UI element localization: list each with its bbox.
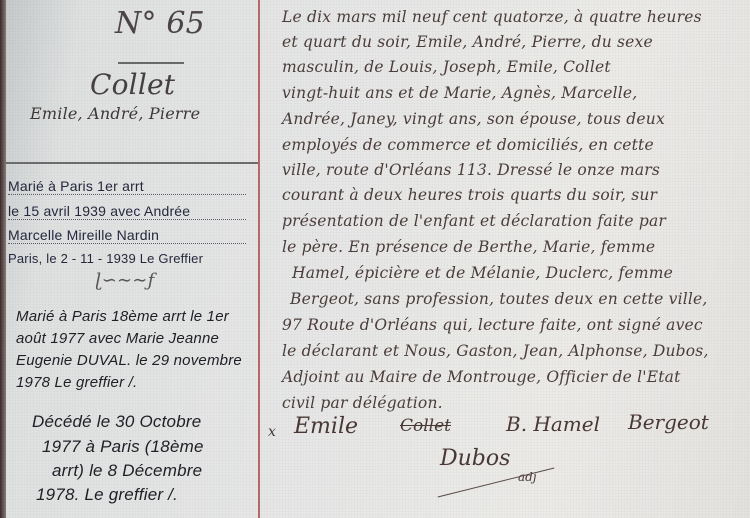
signature-marker: x <box>268 424 276 440</box>
marriage-2-line-4: 1978 Le greffier /. <box>16 374 137 391</box>
signature-witness-1: B. Hamel <box>506 412 600 436</box>
margin-rule-line <box>258 0 260 518</box>
marriage-1-line-1: Marié à Paris 1er arrt <box>8 178 246 195</box>
marriage-2-line-2: août 1977 avec Marie Jeanne <box>16 330 219 347</box>
record-number: N° 65 <box>115 6 205 41</box>
body-line-2: et quart du soir, Emile, André, Pierre, … <box>282 33 653 51</box>
body-line-15: Adjoint au Maire de Montrouge, Officier … <box>282 368 681 386</box>
body-line-9: présentation de l'enfant et déclaration … <box>282 212 666 230</box>
body-line-1: Le dix mars mil neuf cent quatorze, à qu… <box>282 8 702 26</box>
death-line-4: 1978. Le greffier /. <box>36 485 178 505</box>
body-line-6: employés de commerce et domiciliés, en c… <box>282 136 654 154</box>
signature-declarant-surname-struck: Collet <box>400 416 451 436</box>
body-line-13: 97 Route d'Orléans qui, lecture faite, o… <box>282 316 703 334</box>
document-page: N° 65 Collet Emile, André, Pierre Marié … <box>0 0 750 518</box>
record-surname: Collet <box>90 68 175 101</box>
death-line-2: 1977 à Paris (18ème <box>42 437 204 457</box>
death-line-3: arrt) le 8 Décembre <box>52 461 202 481</box>
marriage-2-line-1: Marié à Paris 18ème arrt le 1er <box>16 308 229 325</box>
page-binding-edge <box>0 0 6 518</box>
body-line-12: Bergeot, sans profession, toutes deux en… <box>290 290 708 308</box>
clerk-signature-1: ɭ∽∼∼ƒ <box>95 270 154 291</box>
marriage-2-line-3: Eugenie DUVAL. le 29 novembre <box>16 352 242 369</box>
section-divider <box>6 162 258 164</box>
body-line-10: le père. En présence de Berthe, Marie, f… <box>282 238 655 256</box>
signature-officer: Dubos <box>440 446 510 471</box>
body-line-4: vingt-huit ans et de Marie, Agnès, Marce… <box>282 84 637 102</box>
body-line-8: courant à deux heures trois quarts du so… <box>282 186 657 204</box>
body-line-16: civil par délégation. <box>282 394 443 412</box>
body-line-14: le déclarant et Nous, Gaston, Jean, Alph… <box>282 342 709 360</box>
header-divider <box>118 62 184 64</box>
body-line-11: Hamel, épicière et de Mélanie, Duclerc, … <box>292 264 673 282</box>
death-line-1: Décédé le 30 Octobre <box>32 412 201 432</box>
marriage-1-line-4: Paris, le 2 - 11 - 1939 Le Greffier <box>8 251 203 266</box>
marriage-1-line-2: le 15 avril 1939 avec Andrée <box>8 203 246 220</box>
body-line-7: ville, route d'Orléans 113. Dressé le on… <box>282 161 660 179</box>
signature-declarant: Emile <box>294 414 358 439</box>
body-line-5: Andrée, Janey, vingt ans, son épouse, to… <box>282 110 665 128</box>
body-line-3: masculin, de Louis, Joseph, Emile, Colle… <box>282 58 611 76</box>
record-given-names: Emile, André, Pierre <box>30 104 200 123</box>
marriage-1-line-3: Marcelle Mireille Nardin <box>8 227 246 244</box>
signature-witness-2: Bergeot <box>628 410 709 434</box>
